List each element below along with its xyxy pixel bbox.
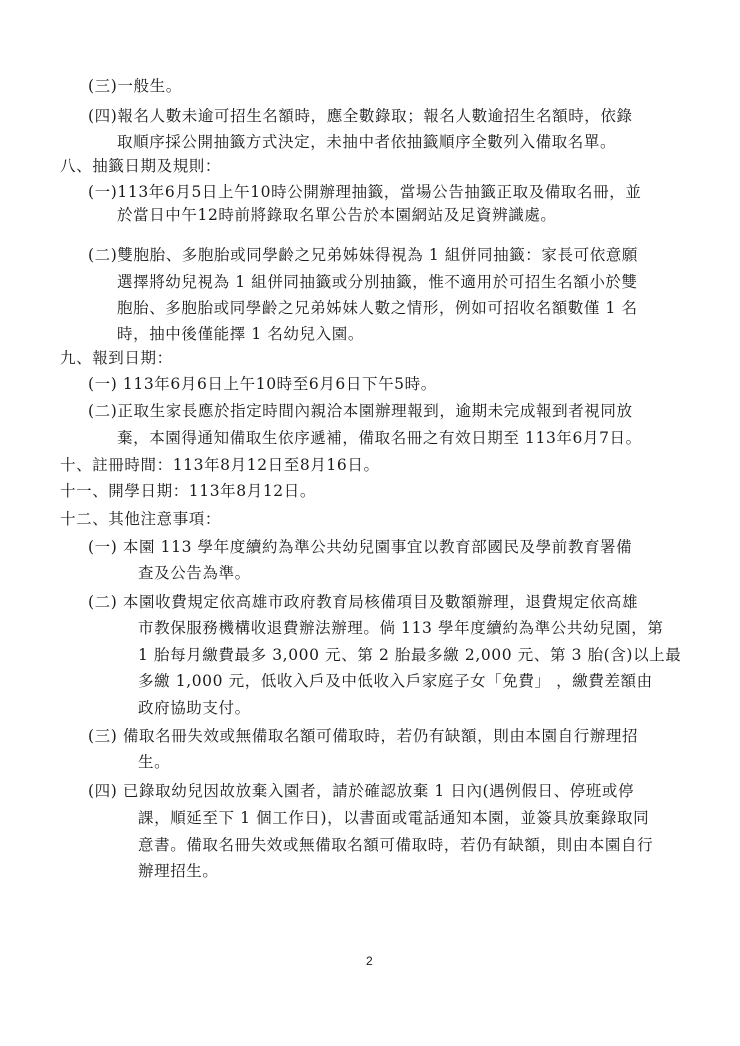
text-line: 辦理招生。 — [138, 861, 219, 881]
text-line: (二) 本園收費規定依高雄市政府教育局核備項目及數額辦理，退費規定依高雄 — [88, 592, 638, 612]
text-line: 棄，本園得通知備取生依序遞補，備取名冊之有效日期至 113年6月7日。 — [117, 428, 642, 448]
text-line: 課，順延至下 1 個工作日)，以書面或電話通知本園，並簽具放棄錄取同 — [138, 808, 649, 828]
text-line: 多繳 1,000 元，低收入戶及中低收入戶家庭子女「免費」 ，繳費差額由 — [138, 671, 653, 691]
text-line: (二)正取生家長應於指定時間內親洽本園辦理報到，逾期未完成報到者視同放 — [88, 401, 633, 421]
text-line: (二)雙胞胎、多胞胎或同學齡之兄弟姊妹得視為 1 組併同抽籤：家長可依意願 — [88, 245, 638, 265]
text-line: 市教保服務機構收退費辦法辦理。倘 113 學年度續約為準公共幼兒園，第 — [138, 618, 663, 638]
text-line: 取順序採公開抽籤方式決定，未抽中者依抽籤順序全數列入備取名單。 — [117, 132, 616, 152]
text-line: 於當日中午12時前將錄取名單公告於本園網站及足資辨識處。 — [117, 205, 557, 225]
page-number: 2 — [366, 954, 373, 968]
text-line: 1 胎每月繳費最多 3,000 元、第 2 胎最多繳 2,000 元、第 3 胎… — [138, 645, 681, 665]
text-line: 十、註冊時間：113年8月12日至8月16日。 — [60, 455, 380, 475]
text-line: (一)113年6月5日上午10時公開辦理抽籤，當場公告抽籤正取及備取名冊，並 — [88, 182, 641, 202]
text-line: 胞胎、多胞胎或同學齡之兄弟姊妹人數之情形，例如可招收名額數僅 1 名 — [117, 298, 638, 318]
text-line: 八、抽籤日期及規則： — [60, 156, 221, 176]
text-line: (四)報名人數未逾可招生名額時，應全數錄取；報名人數逾招生名額時，依錄 — [88, 106, 633, 126]
text-line: 查及公告為準。 — [138, 563, 251, 583]
text-line: 意書。備取名冊失效或無備取名額可備取時，若仍有缺額，則由本園自行 — [138, 835, 653, 855]
text-line: 十一、開學日期：113年8月12日。 — [60, 481, 316, 501]
text-line: 生。 — [138, 752, 170, 772]
text-line: (一) 本園 113 學年度續約為準公共幼兒園事宜以教育部國民及學前教育署備 — [88, 537, 632, 557]
text-line: 選擇將幼兒視為 1 組併同抽籤或分別抽籤，惟不適用於可招生名額小於雙 — [117, 272, 638, 292]
text-line: (一) 113年6月6日上午10時至6月6日下午5時。 — [88, 374, 437, 394]
text-line: 政府協助支付。 — [138, 698, 251, 718]
text-line: (四) 已錄取幼兒因故放棄入園者，請於確認放棄 1 日內(遇例假日、停班或停 — [88, 781, 634, 801]
text-line: 九、報到日期： — [60, 348, 173, 368]
text-line: 十二、其他注意事項： — [60, 509, 221, 529]
text-line: (三) 備取名冊失效或無備取名額可備取時，若仍有缺額，則由本園自行辦理招 — [88, 726, 638, 746]
text-line: (三)一般生。 — [88, 76, 182, 96]
text-line: 時，抽中後僅能擇 1 名幼兒入園。 — [117, 324, 364, 344]
